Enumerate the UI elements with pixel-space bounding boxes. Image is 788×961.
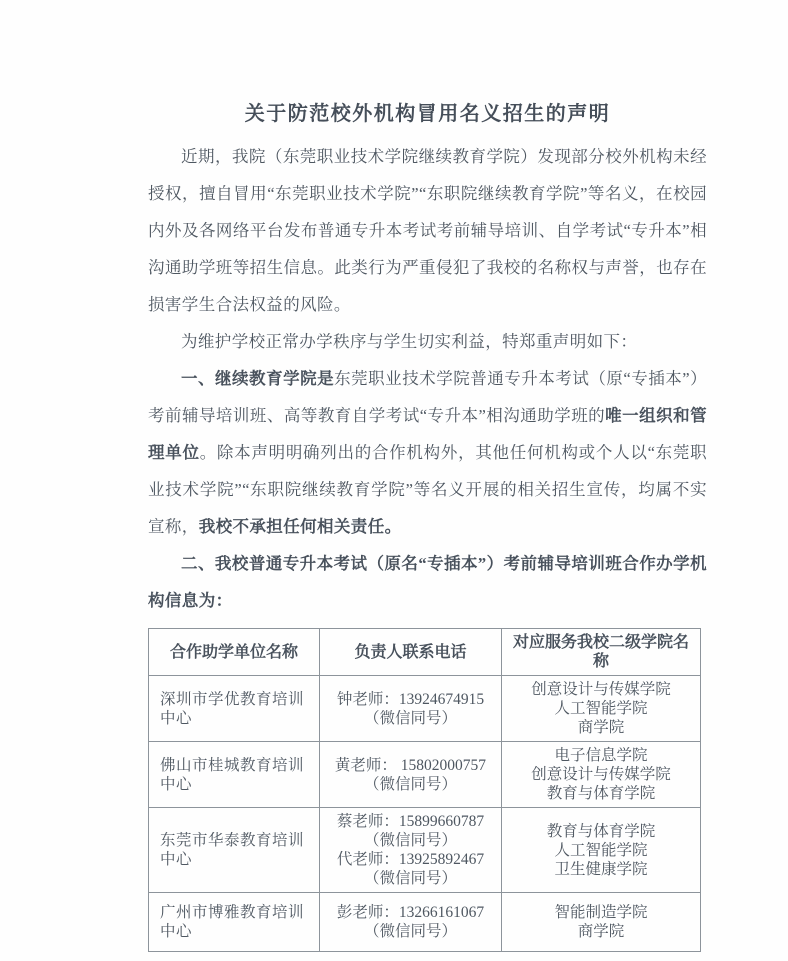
table-header-row: 合作助学单位名称负责人联系电话对应服务我校二级学院名称 (149, 629, 701, 676)
document-body: 近期，我院（东莞职业技术学院继续教育学院）发现部分校外机构未经授权，擅自冒用“东… (148, 138, 707, 619)
contact-phone-cell: 钟老师：13924674915（微信同号） (320, 676, 502, 742)
college-names-cell: 智能制造学院商学院 (502, 893, 701, 952)
college-names-cell: 教育与体育学院人工智能学院卫生健康学院 (502, 808, 701, 893)
table-header-cell-3: 对应服务我校二级学院名称 (502, 629, 701, 676)
document-title: 关于防范校外机构冒用名义招生的声明 (148, 97, 707, 126)
cell-line: 人工智能学院 (506, 699, 696, 718)
table-header-cell-2: 负责人联系电话 (320, 629, 502, 676)
contact-phone-cell: 黄老师： 15802000757（微信同号） (320, 742, 502, 808)
text-run: 近期，我院（东莞职业技术学院继续教育学院）发现部分校外机构未经授权，擅自冒用“东… (148, 147, 707, 314)
unit-name-cell: 佛山市桂城教育培训中心 (149, 742, 320, 808)
cell-line: 教育与体育学院 (506, 822, 696, 841)
cell-line: 人工智能学院 (506, 841, 696, 860)
paragraph-1: 近期，我院（东莞职业技术学院继续教育学院）发现部分校外机构未经授权，擅自冒用“东… (148, 138, 707, 323)
cell-line: 黄老师： 15802000757 (324, 756, 497, 775)
table-row-3: 东莞市华泰教育培训中心蔡老师：15899660787（微信同号）代老师：1392… (149, 808, 701, 893)
college-names-cell: 电子信息学院创意设计与传媒学院教育与体育学院 (502, 742, 701, 808)
cell-line: 电子信息学院 (506, 746, 696, 765)
bold-text-run: 二、我校普通专升本考试（原名“专插本”）考前辅导培训班合作办学机构信息为： (148, 554, 707, 610)
cell-line: 彭老师：13266161067 (324, 903, 497, 922)
bold-text-run: 一、继续教育学院是 (181, 369, 334, 388)
table-row-1: 深圳市学优教育培训中心钟老师：13924674915（微信同号）创意设计与传媒学… (149, 676, 701, 742)
cell-line: 蔡老师：15899660787 (324, 812, 497, 831)
cell-line: （微信同号） (324, 922, 497, 941)
cell-line: （微信同号） (324, 775, 497, 794)
unit-name-cell: 东莞市华泰教育培训中心 (149, 808, 320, 893)
table-header-cell-1: 合作助学单位名称 (149, 629, 320, 676)
cell-line: （微信同号） (324, 709, 497, 728)
cell-line: 卫生健康学院 (506, 860, 696, 879)
document-page: 关于防范校外机构冒用名义招生的声明 近期，我院（东莞职业技术学院继续教育学院）发… (0, 0, 788, 961)
college-names-cell: 创意设计与传媒学院人工智能学院商学院 (502, 676, 701, 742)
cell-line: 商学院 (506, 718, 696, 737)
cooperation-institutions-table: 合作助学单位名称负责人联系电话对应服务我校二级学院名称 深圳市学优教育培训中心钟… (148, 628, 701, 952)
table-row-4: 广州市博雅教育培训中心彭老师：13266161067（微信同号）智能制造学院商学… (149, 893, 701, 952)
cell-line: 智能制造学院 (506, 903, 696, 922)
paragraph-2: 为维护学校正常办学秩序与学生切实利益，特郑重声明如下： (148, 323, 707, 360)
cell-line: 创意设计与传媒学院 (506, 680, 696, 699)
paragraph-4: 二、我校普通专升本考试（原名“专插本”）考前辅导培训班合作办学机构信息为： (148, 545, 707, 619)
unit-name-cell: 深圳市学优教育培训中心 (149, 676, 320, 742)
table-body: 深圳市学优教育培训中心钟老师：13924674915（微信同号）创意设计与传媒学… (149, 676, 701, 952)
table-row-2: 佛山市桂城教育培训中心黄老师： 15802000757（微信同号）电子信息学院创… (149, 742, 701, 808)
paragraph-3: 一、继续教育学院是东莞职业技术学院普通专升本考试（原“专插本”）考前辅导培训班、… (148, 360, 707, 545)
contact-phone-cell: 蔡老师：15899660787（微信同号）代老师：13925892467（微信同… (320, 808, 502, 893)
cell-line: 教育与体育学院 (506, 784, 696, 803)
cell-line: 钟老师：13924674915 (324, 690, 497, 709)
cell-line: （微信同号） (324, 869, 497, 888)
cell-line: 创意设计与传媒学院 (506, 765, 696, 784)
bold-text-run: 我校不承担任何相关责任。 (199, 517, 402, 536)
cell-line: 代老师：13925892467 (324, 850, 497, 869)
document-content: 关于防范校外机构冒用名义招生的声明 近期，我院（东莞职业技术学院继续教育学院）发… (148, 0, 707, 952)
cell-line: （微信同号） (324, 831, 497, 850)
cell-line: 商学院 (506, 922, 696, 941)
contact-phone-cell: 彭老师：13266161067（微信同号） (320, 893, 502, 952)
unit-name-cell: 广州市博雅教育培训中心 (149, 893, 320, 952)
text-run: 为维护学校正常办学秩序与学生切实利益，特郑重声明如下： (181, 332, 637, 351)
